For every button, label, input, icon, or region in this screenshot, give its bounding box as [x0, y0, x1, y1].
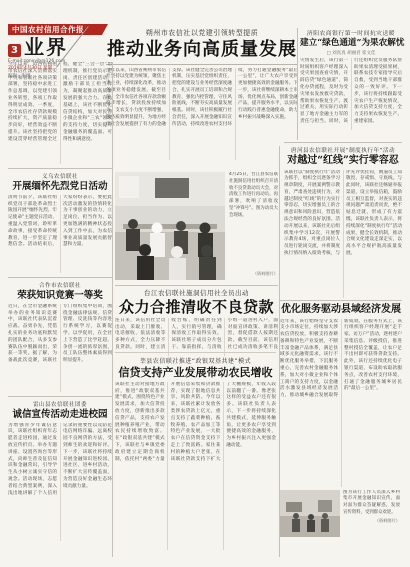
- right-bottom-photo-row: 图为该行工作人员深入乡村集市开展金融知识宣传，面对面为群众答疑解惑，发放宣传资料…: [280, 490, 402, 537]
- center-photo-caption: 4月25日，台江县农信联社施洞信用社组织召开清收不良贷款动员大会，对清收工作进行…: [229, 172, 278, 270]
- masthead-banner: 中国农村信用合作报: [8, 24, 108, 35]
- bottom-center-body: 该联社主动对接地方政府，推进“政银双基共建”模式，围绕特色产业发展需求，加大信贷…: [115, 382, 276, 550]
- left-intro-body: 今年以来，山西省朔州市农信社深入贯彻落实中央和省联社各项决策部署，坚持稳中求进工…: [8, 62, 112, 164]
- top-right-byline: □ 刘真真 胡丽君 崔文佳: [300, 50, 402, 56]
- lead-divider: [106, 64, 298, 65]
- meeting-photo: [115, 172, 225, 280]
- left-sub1-title: 开展缅怀先烈党日活动: [8, 181, 112, 193]
- street-photo-art: [280, 490, 340, 537]
- right-bottom-caption-block: 图为该行工作人员深入乡村集市开展金融知识宣传，面对面为群众答疑解惑，发放宣传资料…: [343, 490, 400, 537]
- bottom-center-title: 信贷支持产业发展带动农民增收: [115, 366, 276, 380]
- article-bottom-center: 莘县农信联社推进“政银双基共建”模式 信贷支持产业发展带动农民增收 该联社主动对…: [115, 352, 276, 550]
- center-body: 连日来，该信用社全员出动，采取上门催收、电话催收、依法清收等多种方式，全力压降不…: [115, 318, 278, 356]
- top-right-kicker: 济阳农商银行第一时间抗灾送暖: [300, 28, 402, 37]
- left-sub3-kicker: 雷山县农信联社团委: [8, 400, 112, 408]
- vertical-divider-top-right: [297, 28, 298, 140]
- left-sub3-title: 诚信宣传活动走进校园: [8, 409, 112, 421]
- right-bottom-photo-credit: （资料图片）: [343, 518, 400, 524]
- right-bottom-body: 近年来，该行始终坚守支农支小市场定位，持续加大涉农信贷投放，积极支持春耕备耕和特…: [280, 319, 402, 487]
- article-lead: 朔州市农信社以党建引领转型提质 推动业务向高质量发展 今年以来，山西省朔州市农信…: [106, 28, 298, 160]
- vertical-divider-left: [112, 62, 113, 557]
- left-sub3-body: 为增强青少年诚信意识，该联社组织青年志愿者走进校园，通过发放宣传折页、举办专题讲…: [8, 423, 112, 541]
- right-middle-body: 该联社以“制度执行年”活动为抓手，组织全员逐条学习规章制度，开展案例警示教育，严…: [284, 170, 402, 298]
- article-right-middle: 唐河县农信联社开展“制度执行年”活动 对越过“红线”实行零容忍 该联社以“制度执…: [284, 146, 402, 298]
- vertical-divider-right: [279, 146, 280, 557]
- horizontal-divider-right-2: [280, 300, 402, 301]
- article-right-bottom: 优化服务驱动县域经济发展 近年来，该行始终坚守支农支小市场定位，持续加大涉农信贷…: [280, 303, 402, 537]
- section-name: 业界: [24, 37, 68, 57]
- newspaper-page: 中国农村信用合作报 3 业界 E-mail:zgnxyjb@126.com 20…: [0, 0, 410, 567]
- lead-body: 今年以来，山西省朔州市农信社坚持以党建为统领，聚焦主责主业，持续深化改革，推动各…: [106, 68, 298, 160]
- top-right-body: 灾情发生后，该行第一时间组织客户经理深入受灾果园查看灾情，开辟信贷“绿色通道”，…: [300, 58, 402, 130]
- center-photo-caption-block: 4月25日，台江县农信联社施洞信用社组织召开清收不良贷款动员大会，对清收工作进行…: [229, 172, 278, 280]
- left-sub2-title: 荣获知识竞赛一等奖: [8, 290, 112, 302]
- right-bottom-photo-caption: 图为该行工作人员深入乡村集市开展金融知识宣传，面对面为群众答疑解惑，发放宣传资料…: [343, 490, 400, 517]
- article-left-sub2: 合作市农信联社 荣获知识竞赛一等奖 近日，在全市金融系统举办的业务知识竞赛中，该…: [8, 277, 112, 392]
- section-row: 3 业界: [8, 37, 108, 57]
- article-top-right: 济阳农商银行第一时间抗灾送暖 建立“绿色通道”为果农解忧 □ 刘真真 胡丽君 崔…: [300, 28, 402, 130]
- left-sub2-kicker: 合作市农信联社: [8, 281, 112, 289]
- right-middle-kicker: 唐河县农信联社开展“制度执行年”活动: [284, 146, 402, 154]
- left-column: 今年以来，山西省朔州市农信社深入贯彻落实中央和省联社各项决策部署，坚持稳中求进工…: [8, 62, 112, 541]
- left-sub1-kicker: 义乌农信联社: [8, 172, 112, 180]
- article-left-sub1: 义乌农信联社 开展缅怀先烈党日活动 清明节前夕，该联社组织党员干部赴革命烈士陵园…: [8, 168, 112, 273]
- article-left-sub3: 雷山县农信联社团委 诚信宣传活动走进校园 为增强青少年诚信意识，该联社组织青年志…: [8, 396, 112, 541]
- top-right-title: 建立“绿色通道”为果农解忧: [300, 38, 402, 49]
- center-photo-block: 4月25日，台江县农信联社施洞信用社组织召开清收不良贷款动员大会，对清收工作进行…: [115, 172, 278, 280]
- bottom-center-kicker: 莘县农信联社推进“政银双基共建”模式: [115, 356, 276, 365]
- right-middle-title: 对越过“红线”实行零容忍: [284, 155, 402, 168]
- center-photo-credit: （资料图片）: [229, 271, 278, 277]
- right-bottom-title: 优化服务驱动县域经济发展: [280, 304, 402, 317]
- center-kicker: 台江农信联社施洞信用社全员出动: [115, 288, 278, 297]
- horizontal-divider-right-1: [284, 142, 402, 143]
- lead-kicker: 朔州市农信社以党建引领转型提质: [106, 28, 298, 38]
- street-promotion-photo: [280, 490, 340, 537]
- left-sub2-body: 近日，在全市金融系统举办的业务知识竞赛中，该联社代表队沉着应战、奋勇争先，凭借扎…: [8, 304, 112, 392]
- meeting-photo-art: [115, 172, 225, 280]
- article-center: 台江农信联社施洞信用社全员出动 众力合推清收不良贷款 连日来，该信用社全员出动，…: [115, 288, 278, 356]
- center-title: 众力合推清收不良贷款: [115, 298, 278, 317]
- left-sub1-body: 清明节前夕，该联社组织党员干部赴革命烈士陵园开展“缅怀先烈、牢记使命”主题党日活…: [8, 195, 112, 273]
- horizontal-divider-center: [115, 285, 278, 286]
- page-number-badge: 3: [8, 44, 21, 57]
- lead-title: 推动业务向高质量发展: [106, 39, 298, 62]
